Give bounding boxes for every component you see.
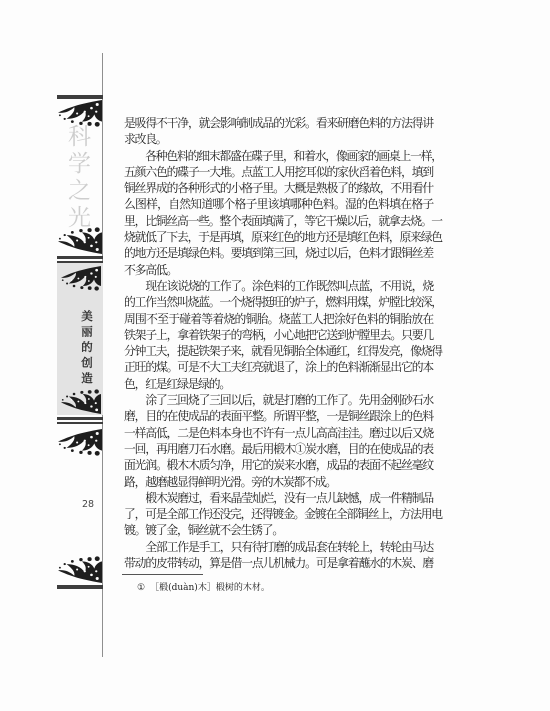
- text-line: 里，比铜丝高一些。整个表面填满了，等它干燥以后，就拿去烧。一: [124, 213, 433, 229]
- text-line: 椴木炭磨过，看来晶莹灿烂，没有一点儿缺憾，成一件精制品: [124, 490, 433, 506]
- corner-filigree-icon: [61, 389, 101, 414]
- footnote-marker: ①: [137, 583, 145, 593]
- text-line: 一回，再用磨刀石水磨。最后用椴木①炭水磨，目的在使成品的表: [124, 441, 433, 457]
- text-line: 一样高低，二是色料本身也不许有一点儿高高洼洼。磨过以后又烧: [124, 425, 433, 441]
- text-line: 是吸得不干净，就会影响制成品的光彩。看来研磨色料的方法得讲: [124, 115, 433, 131]
- text-line: 分钟工夫，提起铁架子来，就看见铜胎全体通红，红得发亮，像烧得: [124, 343, 433, 359]
- text-line: 带动的皮带转动，算是借一点儿机械力。可是拿着蘸水的木炭、磨: [124, 555, 433, 571]
- text-line: 的工作当然叫烧蓝。一个烧得挺旺的炉子，燃料用煤，炉膛比较深，: [124, 294, 433, 310]
- text-line: 面光润。椴木木质匀净，用它的炭来水磨，成品的表面不起丝毫纹: [124, 457, 433, 473]
- text-line: 不多高低。: [124, 262, 433, 278]
- corner-filigree-icon: [61, 266, 101, 291]
- text-line: 了，可是全部工作还没完，还得镀金。金镀在全部铜丝上，方法用电: [124, 506, 433, 522]
- corner-filigree-icon: [58, 100, 102, 127]
- footnote-text: ［椴(duàn)木］椴树的木材。: [150, 583, 270, 593]
- footnote: ①［椴(duàn)木］椴树的木材。: [137, 580, 270, 593]
- text-line: 各种色料的细末都盛在碟子里，和着水，像画家的画桌上一样，: [124, 148, 433, 164]
- unit-title-vertical: 美丽的创造: [80, 310, 95, 400]
- corner-filigree-icon: [58, 556, 102, 583]
- text-line: 周围不至于碰着等着烧的铜胎。烧蓝工人把涂好色料的铜胎放在: [124, 311, 433, 327]
- text-line: 五颜六色的碟子一大堆。点蓝工人用挖耳似的家伙舀着色料，填到: [124, 164, 433, 180]
- text-line: 镀。镀了金，铜丝就不会生锈了。: [124, 522, 433, 538]
- book-page: { "sidebar": { "series_title": "科学之光", "…: [0, 0, 550, 711]
- text-line: 求改良。: [124, 131, 433, 147]
- text-line: 烧就低了下去，于是再填，原来红色的地方还是填红色料，原来绿色: [124, 229, 433, 245]
- text-line: 铜丝界成的各种形式的小格子里。大概是熟极了的缘故，不用看什: [124, 180, 433, 196]
- footnote-divider: [122, 574, 203, 575]
- text-line: 磨，目的在使成品的表面平整。所谓平整，一是铜丝跟涂上的色料: [124, 408, 433, 424]
- sidebar-divider-bar: [57, 585, 103, 589]
- sidebar-divider-bar: [57, 417, 103, 420]
- text-line: 现在该说烧的工作了。涂色料的工作既然叫点蓝，不用说，烧: [124, 278, 433, 294]
- text-line: 铁架子上，拿着铁架子的弯柄，小心地把它送到炉膛里去。只要几: [124, 327, 433, 343]
- text-line: 路，越磨越显得鲜明光滑。旁的木炭都不成。: [124, 474, 433, 490]
- text-line: 的地方还是填绿色料。要填到第三回，烧过以后，色料才跟铜丝差: [124, 245, 433, 261]
- sidebar-divider-bar: [57, 422, 103, 424]
- corner-filigree-icon: [58, 227, 102, 254]
- page-number: 28: [78, 499, 98, 510]
- body-text: 是吸得不干净，就会影响制成品的光彩。看来研磨色料的方法得讲 求改良。 各种色料的…: [124, 115, 433, 571]
- text-line: 色，红是红绿是绿的。: [124, 376, 433, 392]
- text-line: 涂了三回烧了三回以后，就是打磨的工作了。先用金刚砂石水: [124, 392, 433, 408]
- text-line: 么图样，自然知道哪个格子里该填哪种色料。湿的色料填在格子: [124, 196, 433, 212]
- text-line: 正旺的煤。可是不大工夫红亮就退了，涂上的色料渐渐显出它的本: [124, 359, 433, 375]
- text-line: 全部工作是手工，只有待打磨的成品套在转轮上，转轮由马达: [124, 539, 433, 555]
- sidebar-divider-bar: [57, 95, 103, 99]
- corner-filigree-icon: [58, 429, 102, 456]
